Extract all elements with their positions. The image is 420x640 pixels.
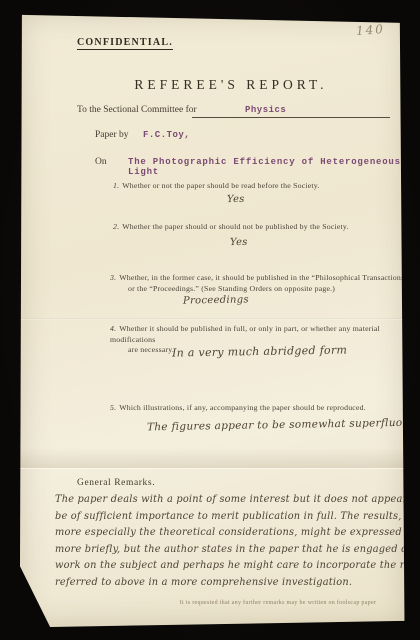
question-2: 2.Whether the paper should or should not…: [113, 222, 403, 233]
referee-report-page: CONFIDENTIAL. 140 REFEREE'S REPORT. To t…: [20, 13, 406, 627]
question-1: 1.Whether or not the paper should be rea…: [113, 181, 393, 192]
folio-number: 140: [356, 22, 386, 38]
question-5-number: 5.: [110, 403, 116, 412]
answer-2: Yes: [230, 237, 248, 248]
photo-background: CONFIDENTIAL. 140 REFEREE'S REPORT. To t…: [0, 0, 420, 640]
remarks-line: be of sufficient importance to merit pub…: [55, 509, 385, 526]
committee-label: To the Sectional Committee for: [77, 105, 197, 115]
fold-crease-upper: [20, 318, 406, 320]
question-3: 3.Whether, in the former case, it should…: [110, 273, 410, 294]
paper-by-value: F.C.Toy,: [143, 130, 190, 140]
question-4-number: 4.: [110, 324, 116, 333]
question-3-number: 3.: [110, 273, 116, 282]
committee-value: Physics: [245, 105, 286, 115]
question-2-text: Whether the paper should or should not b…: [122, 222, 348, 231]
subject-label: On: [95, 157, 107, 167]
remarks-line: work on the subject and perhaps he might…: [55, 558, 385, 575]
question-3-text-line2: or the “Proceedings.” (See Standing Orde…: [110, 284, 410, 295]
question-5: 5.Which illustrations, if any, accompany…: [110, 403, 400, 414]
confidential-stamp: CONFIDENTIAL.: [77, 37, 173, 50]
footer-note: It is requested that any further remarks…: [128, 600, 420, 606]
remarks-line: The paper deals with a point of some int…: [55, 492, 385, 509]
answer-5: The figures appear to be somewhat superf…: [147, 417, 415, 434]
subject-value: The Photographic Efficiency of Heterogen…: [128, 157, 406, 177]
question-5-text: Which illustrations, if any, accompanyin…: [119, 403, 366, 412]
answer-1: Yes: [227, 194, 245, 205]
remarks-line: more especially the theoretical consider…: [55, 525, 385, 542]
fold-crease-lower: [20, 448, 406, 469]
question-4-text-line1: Whether it should be published in full, …: [110, 324, 380, 344]
page-title: REFEREE'S REPORT.: [38, 77, 420, 93]
question-3-text-line1: Whether, in the former case, it should b…: [119, 273, 408, 282]
general-remarks-text: The paper deals with a point of some int…: [55, 492, 385, 592]
committee-underline: [192, 117, 390, 118]
remarks-line: more briefly, but the author states in t…: [55, 542, 385, 559]
answer-3: Proceedings: [183, 294, 249, 306]
paper-by-label: Paper by: [95, 130, 129, 140]
general-remarks-label: General Remarks.: [77, 478, 155, 488]
question-2-number: 2.: [113, 222, 119, 231]
remarks-line: referred to above in a more comprehensiv…: [55, 575, 385, 592]
answer-4: In a very much abridged form: [172, 343, 347, 359]
question-1-number: 1.: [113, 181, 119, 190]
question-1-text: Whether or not the paper should be read …: [122, 181, 319, 190]
